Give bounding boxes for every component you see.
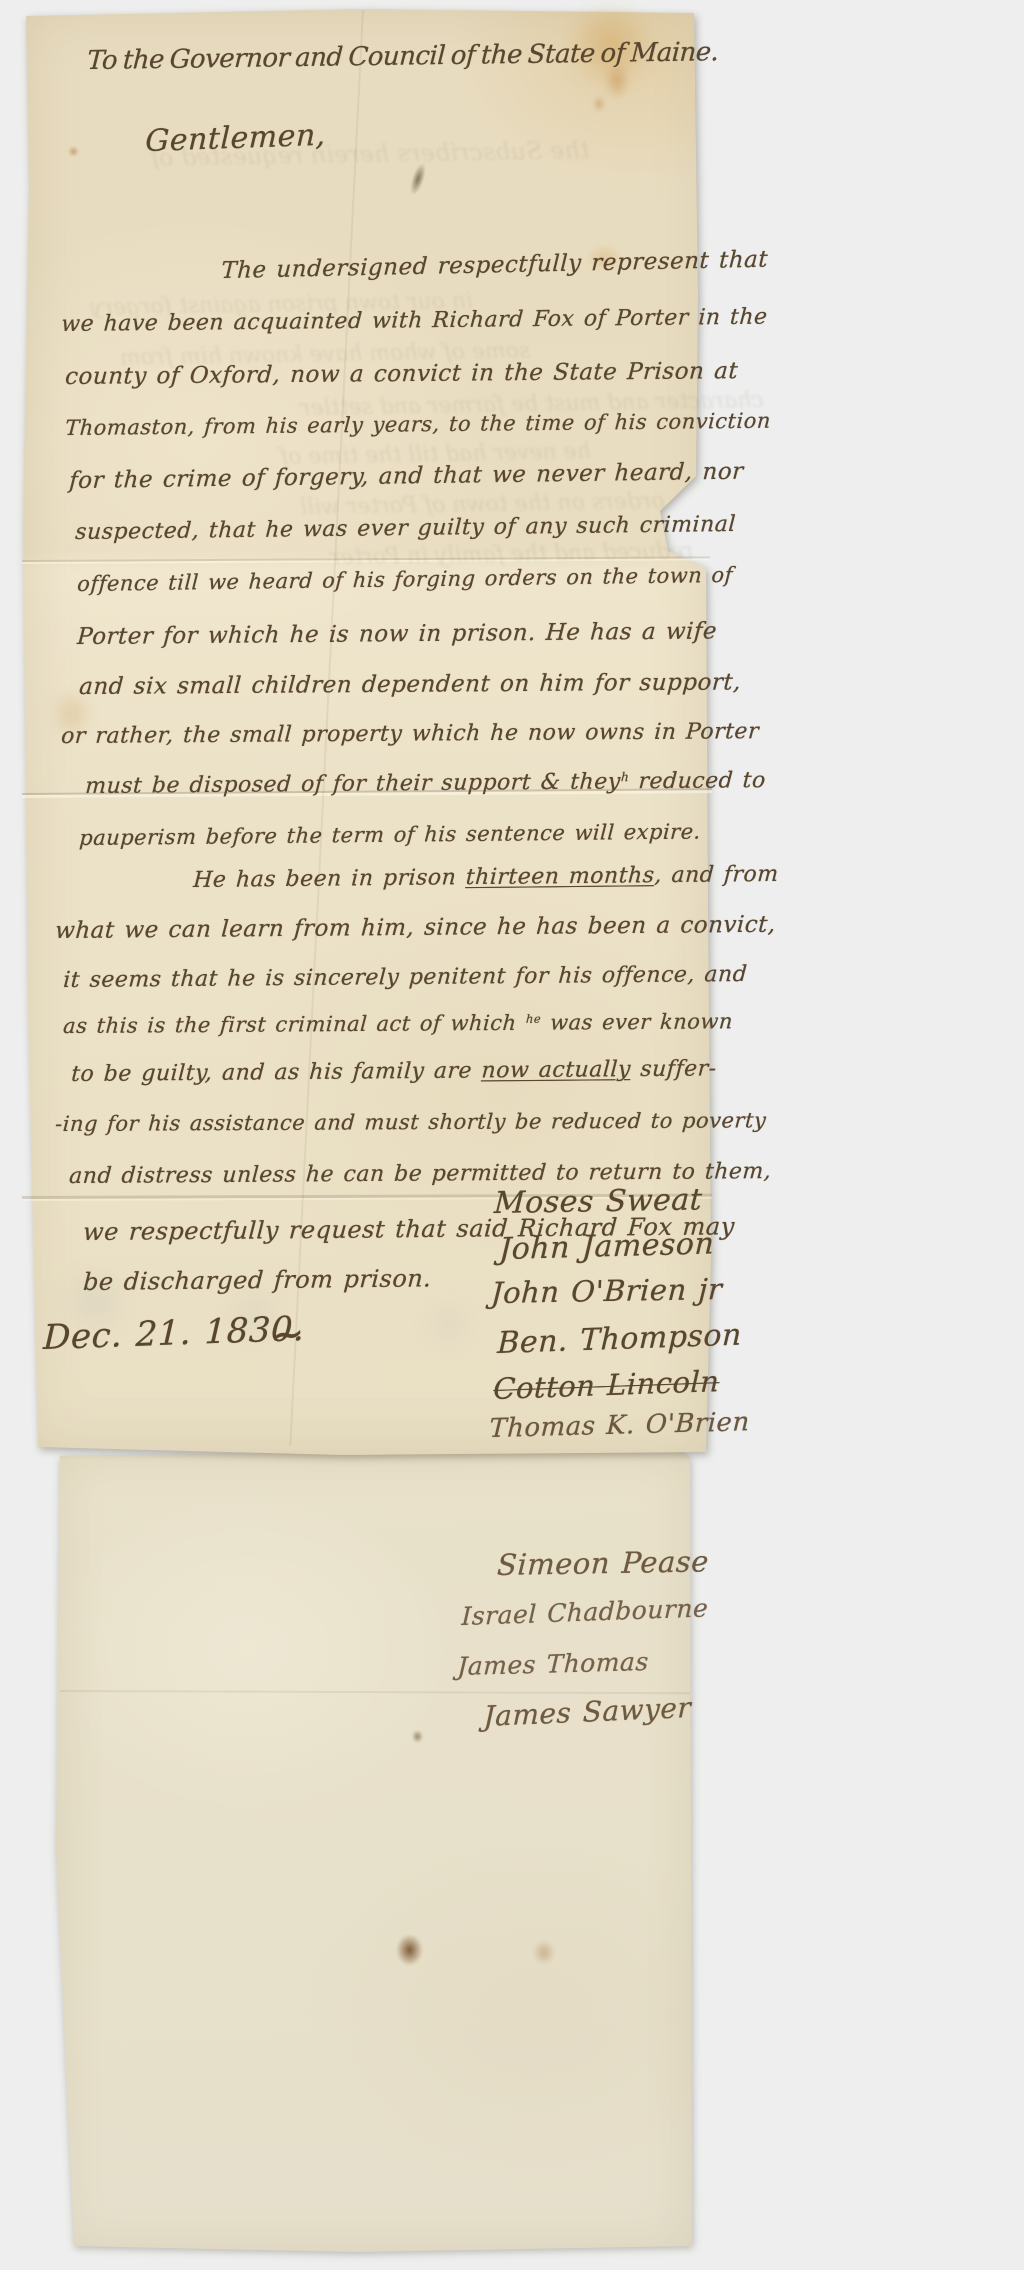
text-segment: must be disposed of for their support & … [84, 769, 621, 799]
handwritten-body: or rather, the small property which he n… [60, 719, 759, 749]
handwritten-body: -ing for his assistance and must shortly… [54, 1108, 767, 1136]
text-segment: James Sawyer [483, 1691, 692, 1733]
text-segment: it seems that he is sincerely penitent f… [62, 962, 748, 993]
handwritten-body: offence till we heard of his forging ord… [77, 563, 734, 596]
handwritten-body: be discharged from prison. [82, 1264, 432, 1296]
signature-line: Thomas K. O'Brien [489, 1407, 751, 1444]
text-segment: Israel Chadbourne [461, 1593, 709, 1631]
text-segment: thirteen months [465, 863, 655, 890]
signature-line: Ben. Thompson [497, 1317, 743, 1361]
text-segment: Dec. 21. 1830. [43, 1309, 306, 1358]
text-segment: be discharged from prison. [82, 1264, 432, 1296]
paper-stain [396, 1934, 423, 1966]
signature-line: James Thomas [457, 1647, 650, 1681]
signature-line: John O'Brien jr [490, 1272, 723, 1310]
text-segment: as this is the first criminal act of whi… [62, 1011, 526, 1038]
handwritten-body: as this is the first criminal act of whi… [62, 1009, 733, 1038]
text-segment: pauperism before the term of his sentenc… [79, 819, 702, 850]
fold-crease [22, 556, 710, 562]
text-segment: John O'Brien jr [490, 1272, 723, 1310]
text-segment: offence till we heard of his forging ord… [77, 563, 734, 596]
text-segment: Porter for which he is now in prison. He… [76, 618, 717, 650]
fold-crease [22, 558, 710, 564]
handwritten-flourish: ~ [268, 1307, 307, 1361]
text-segment: Ben. Thompson [497, 1317, 743, 1361]
handwritten-salutation: Gentlemen, [145, 118, 327, 159]
text-segment: -ing for his assistance and must shortly… [54, 1108, 767, 1136]
signature-line: Israel Chadbourne [461, 1593, 709, 1631]
text-segment: for the crime of forgery, and that we ne… [69, 459, 745, 494]
handwritten-body: He has been in prison thirteen months, a… [193, 862, 780, 893]
handwritten-body: The undersigned respectfully represent t… [221, 247, 769, 284]
handwritten-body: and six small children dependent on him … [78, 669, 741, 700]
text-segment: Thomaston, from his early years, to the … [65, 409, 772, 440]
paper-stain [68, 146, 79, 157]
text-segment: He has been in prison [193, 865, 467, 893]
signature-line: Moses Sweat [493, 1182, 703, 1221]
paper-stain [533, 1940, 555, 1965]
handwritten-body: for the crime of forgery, and that we ne… [69, 459, 745, 494]
text-segment: ~ [268, 1307, 307, 1361]
text-segment: now actually [481, 1057, 632, 1083]
signature-line: John Jameson [498, 1226, 715, 1267]
handwritten-body: must be disposed of for their support & … [84, 768, 766, 799]
text-segment: or rather, the small property which he n… [60, 719, 759, 749]
handwritten-body: pauperism before the term of his sentenc… [79, 819, 702, 850]
document-scan: the Subscribers herein requested ofin ou… [0, 0, 1024, 2270]
text-segment: we have been acquainted with Richard Fox… [61, 305, 769, 337]
text-segment: John Jameson [498, 1226, 715, 1267]
text-segment: , and from [654, 862, 780, 888]
text-segment: Moses Sweat [493, 1182, 703, 1221]
text-segment: county of Oxford, now a convict in the S… [64, 358, 739, 390]
paper-stain [420, 1295, 478, 1353]
paper-stain [412, 1730, 423, 1743]
paper-stain [407, 161, 429, 197]
text-segment: Simeon Pease [496, 1544, 710, 1582]
paper-stain [593, 96, 605, 112]
signature-line: James Sawyer [483, 1691, 692, 1733]
text-segment: James Thomas [457, 1647, 650, 1681]
text-segment: suspected, that he was ever guilty of an… [75, 512, 737, 545]
handwritten-body: county of Oxford, now a convict in the S… [64, 358, 739, 390]
handwritten-body: Porter for which he is now in prison. He… [76, 618, 717, 650]
handwritten-body: it seems that he is sincerely penitent f… [62, 962, 748, 993]
handwritten-body: Thomaston, from his early years, to the … [65, 409, 772, 440]
signature-line: Simeon Pease [496, 1544, 710, 1582]
handwritten-body: what we can learn from him, since he has… [54, 912, 776, 944]
handwritten-body: to be guilty, and as his family are now … [70, 1056, 717, 1087]
handwritten-body: suspected, that he was ever guilty of an… [75, 512, 737, 545]
fold-crease [60, 1690, 690, 1694]
text-segment: Thomas K. O'Brien [489, 1407, 751, 1444]
text-segment: reduced to [628, 768, 766, 794]
handwritten-date: Dec. 21. 1830. [43, 1309, 306, 1358]
text-segment: suffer- [630, 1056, 717, 1082]
text-segment: was ever known [540, 1009, 733, 1034]
text-segment: and six small children dependent on him … [78, 669, 741, 700]
text-segment: he [526, 1012, 542, 1026]
text-segment: what we can learn from him, since he has… [54, 912, 776, 944]
text-segment: The undersigned respectfully represent t… [221, 247, 769, 284]
signature-line: Cotton Lincoln [493, 1364, 720, 1406]
text-segment: Cotton Lincoln [493, 1364, 720, 1406]
handwritten-heading: To the Governor and Council of the State… [86, 37, 719, 76]
handwritten-body: we have been acquainted with Richard Fox… [61, 305, 769, 337]
text-segment: Gentlemen, [145, 118, 327, 159]
text-segment: To the Governor and Council of the State… [86, 37, 719, 76]
text-segment: to be guilty, and as his family are [70, 1058, 482, 1087]
